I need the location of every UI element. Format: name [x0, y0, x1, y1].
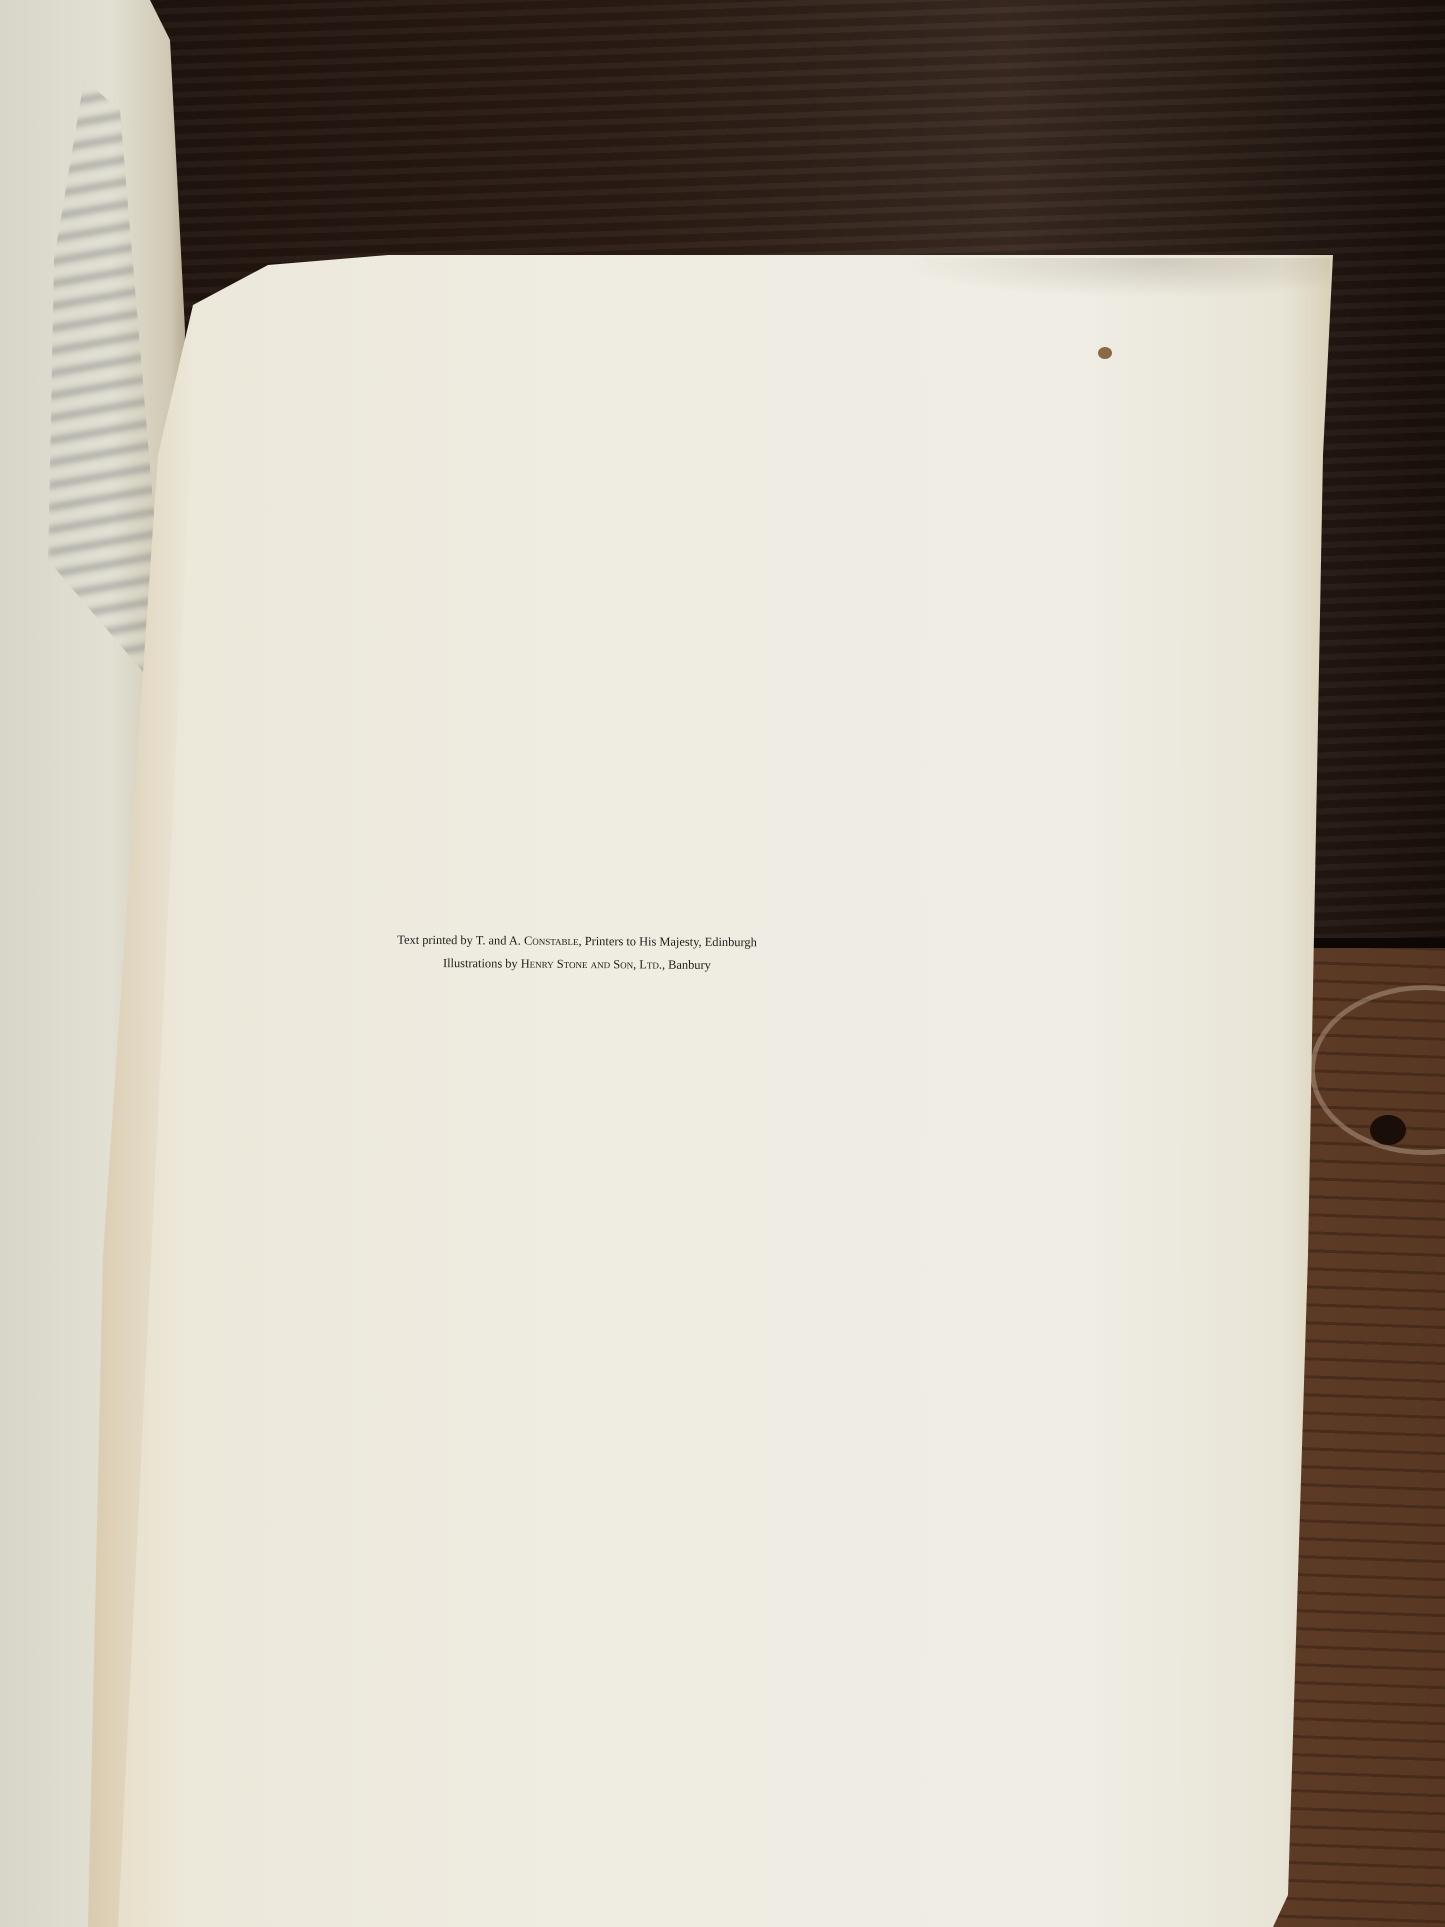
colophon-text: , Banbury [662, 958, 711, 972]
colophon-line-illustrations: Illustrations by Henry Stone and Son, Lt… [372, 952, 782, 978]
colophon-line-printer: Text printed by T. and A. Constable, Pri… [372, 929, 782, 955]
illustrator-firm: Henry Stone and Son [521, 957, 633, 972]
paper-blemish [1098, 347, 1112, 359]
plank-gap [1300, 938, 1445, 948]
printer-name: Constable [524, 934, 579, 948]
colophon-text: , Printers to His Majesty, Edinburgh [579, 934, 757, 949]
colophon-text: Text printed by T. and A. [397, 933, 524, 948]
colophon-imprint: Text printed by T. and A. Constable, Pri… [372, 929, 782, 978]
firm-suffix: Ltd. [639, 957, 662, 971]
colophon-text: Illustrations by [443, 956, 521, 971]
page-foxing [900, 258, 1330, 298]
wood-knot [1370, 1115, 1406, 1145]
right-page [88, 255, 1333, 1927]
